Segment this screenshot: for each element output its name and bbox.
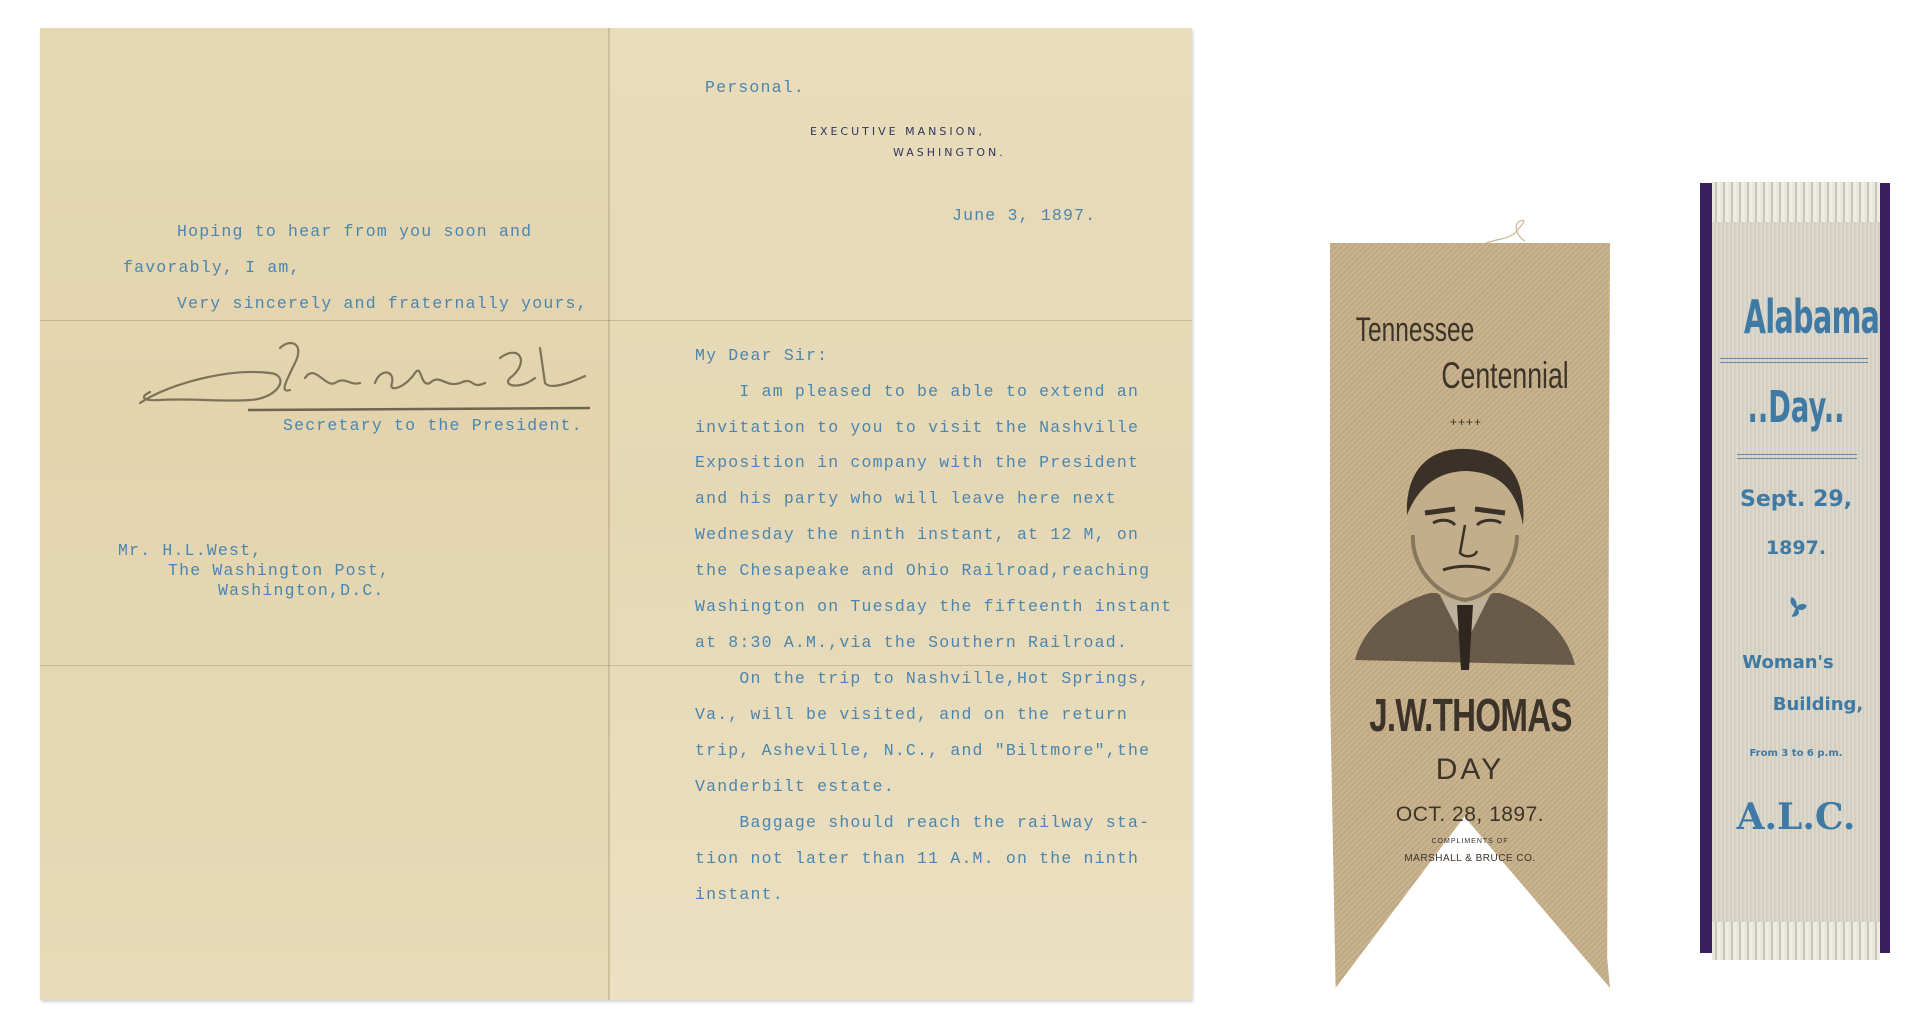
horizontal-fold-crease [40,320,1192,321]
body-line: Exposition in company with the President [695,453,1139,472]
addressee-line: Mr. H.L.West, [118,541,262,560]
body-line: Wednesday the ninth instant, at 12 M, on [695,525,1139,544]
portrait-engraving-icon [1345,435,1585,675]
body-line: at 8:30 A.M.,via the Southern Railroad. [695,633,1128,652]
addressee-line: Washington,D.C. [218,581,385,600]
location-line-2: Building, [1734,694,1902,715]
addressee-line: The Washington Post, [168,561,390,580]
tennessee-centennial-ribbon: Tennessee Centennial ++++ J.W.THOMAS DAY… [1330,243,1610,988]
signature-icon [130,328,600,413]
body-line: trip, Asheville, N.C., and "Biltmore",th… [695,741,1150,760]
ribbon-date: Sept. 29, [1712,487,1880,512]
ribbon-year: 1897. [1712,537,1880,559]
vertical-fold-crease [608,28,610,1000]
body-line: Va., will be visited, and on the return [695,705,1128,724]
ribbon-bottom-fringe [1712,922,1880,960]
ribbon-title-line-2: Centennial [1404,355,1606,397]
salutation: My Dear Sir: [695,346,828,365]
body-line: Vanderbilt estate. [695,777,895,796]
signer-title: Secretary to the President. [283,416,583,435]
closing-line: Hoping to hear from you soon and [177,222,532,241]
body-line: I am pleased to be able to extend an [695,382,1139,401]
body-line: instant. [695,885,784,904]
event-hours: From 3 to 6 p.m. [1712,748,1880,759]
location-line-1: Woman's [1704,652,1872,673]
ribbon-top-fringe [1712,182,1880,222]
letter-document: Personal. EXECUTIVE MANSION, WASHINGTON.… [40,28,1192,1000]
horizontal-fold-crease [40,665,1192,666]
letter-date: June 3, 1897. [952,206,1096,225]
ribbon-ornament: ++++ [1326,415,1606,429]
ribbon-credit-line-1: COMPLIMENTS OF [1330,838,1610,845]
thread-loop-icon [1480,213,1530,248]
closing-line: Very sincerely and fraternally yours, [177,294,588,313]
honoree-name: J.W.THOMAS [1369,688,1571,742]
leaf-sprig-icon [1784,596,1808,620]
ribbon-initials: A.L.C. [1712,796,1880,838]
body-line: Baggage should reach the railway sta- [695,813,1150,832]
day-rule [1737,454,1857,459]
body-line: On the trip to Nashville,Hot Springs, [695,669,1150,688]
ribbon-day-label: DAY [1330,753,1610,787]
alabama-day-ribbon: Alabama ..Day.. Sept. 29, 1897. Woman's … [1712,182,1880,960]
body-line: and his party who will leave here next [695,489,1117,508]
ribbon-credit-line-2: MARSHALL & BRUCE CO. [1330,853,1610,864]
body-line: tion not later than 11 A.M. on the ninth [695,849,1139,868]
letterhead-line-2: WASHINGTON. [893,146,1006,159]
letterhead-line-1: EXECUTIVE MANSION, [810,125,985,138]
ribbon-title-line-1: Tennessee [1314,311,1516,350]
body-line: the Chesapeake and Ohio Railroad,reachin… [695,561,1150,580]
closing-line: favorably, I am, [123,258,301,277]
personal-marking: Personal. [705,78,805,97]
ribbon-day-label: ..Day.. [1744,382,1848,433]
body-line: Washington on Tuesday the fifteenth inst… [695,597,1172,616]
title-rule [1720,358,1868,363]
body-line: invitation to you to visit the Nashville [695,418,1139,437]
ribbon-date: OCT. 28, 1897. [1330,803,1610,827]
ribbon-title: Alabama [1744,290,1848,344]
